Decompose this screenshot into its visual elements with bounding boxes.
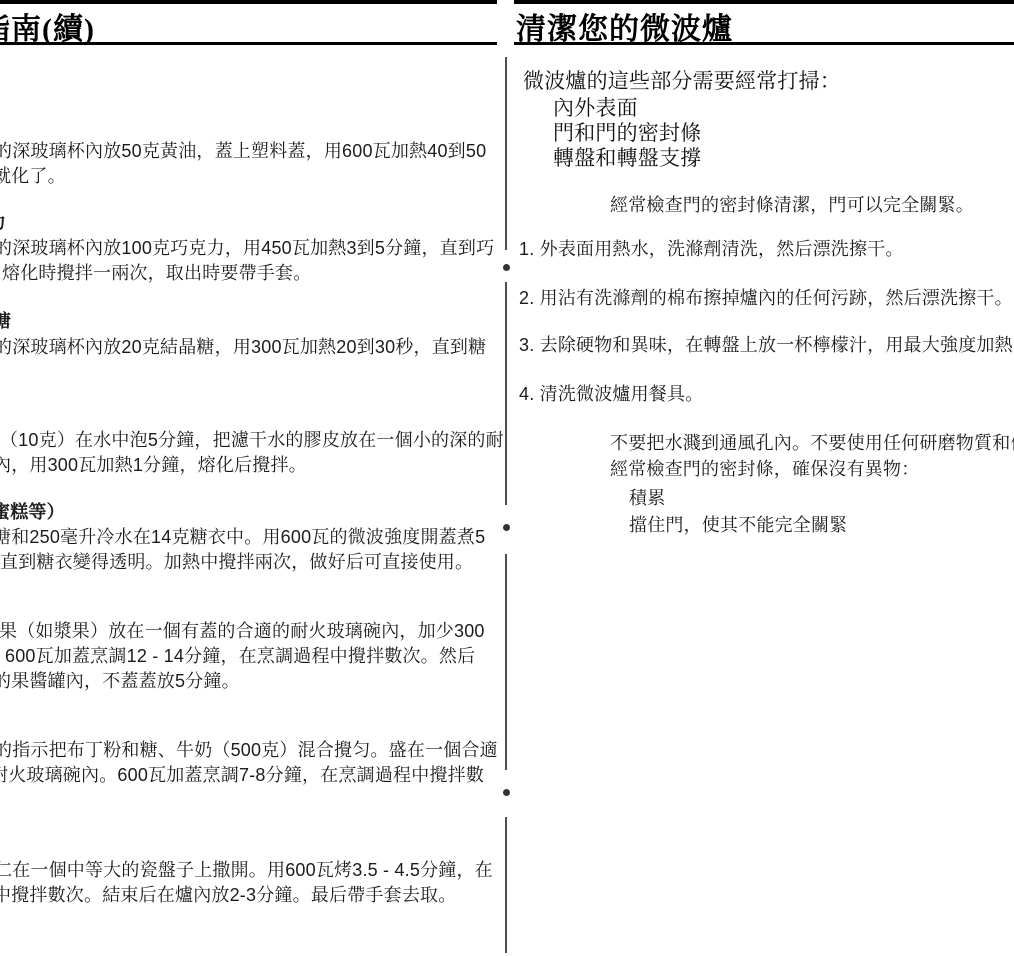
cleaning-intro-item: 門和門的密封條 [553, 122, 701, 145]
divider-bullet-icon [503, 524, 510, 531]
left-body-line: 直到糖衣變得透明。加熱中攪拌兩次，做好后可直接使用。 [0, 551, 473, 574]
left-body-line: 的果醬罐內，不蓋蓋放5分鐘。 [0, 670, 240, 693]
left-body-line: 的指示把布丁粉和糖、牛奶（500克）混合攪匀。盛在一個合適 [0, 739, 498, 762]
left-subheading-fragment: 蜜糕等） [0, 501, 65, 524]
left-subheading-fragment: 力 [0, 211, 6, 234]
column-divider [505, 282, 507, 505]
cleaning-intro-item: 轉盤和轉盤支撐 [553, 147, 701, 170]
left-body-line: 的深玻璃杯內放20克結晶糖，用300瓦加熱20到30秒，直到糖 [0, 336, 486, 359]
left-body-line: 果（如漿果）放在一個有蓋的合適的耐火玻璃碗內，加少300 [0, 620, 485, 643]
left-body-line: 耐火玻璃碗內。600瓦加蓋烹調7-8分鐘，在烹調過程中攪拌數 [0, 764, 484, 787]
left-body-line: 內，用300瓦加熱1分鐘，熔化后攪拌。 [0, 454, 307, 477]
cleaning-step: 3. 去除硬物和異味，在轉盤上放一杯檸檬汁，用最大強度加熱 [519, 334, 1013, 357]
cleaning-step: 1. 外表面用熱水，洗滌劑清洗，然后漂洗擦干。 [519, 238, 904, 261]
left-body-line: 仁在一個中等大的瓷盤子上撒開。用600瓦烤3.5 - 4.5分鐘，在 [0, 859, 493, 882]
column-divider [505, 57, 507, 250]
left-body-line: 的深玻璃杯內放100克巧克力，用450瓦加熱3到5分鐘，直到巧 [0, 237, 494, 260]
caution-note-line: 不要把水濺到通風孔內。不要使用任何研磨物質和任 [610, 432, 1014, 455]
cleaning-step: 2. 用沾有洗滌劑的棉布擦掉爐內的任何污跡，然后漂洗擦干。 [519, 287, 1013, 310]
caution-subitem: 積累 [629, 487, 665, 510]
divider-bullet-icon [503, 789, 510, 796]
caution-note-line: 經常檢查門的密封條，確保沒有異物： [610, 458, 919, 481]
right-header-bottom-rule [514, 42, 1014, 45]
column-divider [505, 817, 507, 953]
left-body-line: 的深玻璃杯內放50克黃油，蓋上塑料蓋，用600瓦加熱40到50 [0, 140, 486, 163]
left-body-line: 熔化時攪拌一兩次，取出時要帶手套。 [2, 262, 311, 285]
left-body-line: 中攪拌數次。結束后在爐內放2-3分鐘。最后帶手套去取。 [0, 884, 456, 907]
door-seal-note: 經常檢查門的密封條清潔，門可以完全關緊。 [610, 194, 974, 217]
column-divider [505, 554, 507, 770]
cleaning-step: 4. 清洗微波爐用餐具。 [519, 383, 703, 406]
caution-subitem: 擋住門，使其不能完全關緊 [629, 514, 847, 537]
cleaning-intro-title: 微波爐的這些部分需要經常打掃： [523, 70, 841, 93]
left-body-line: 就化了。 [0, 165, 66, 188]
left-header-bottom-rule [0, 42, 497, 45]
left-subheading-fragment: 糖 [0, 310, 11, 333]
divider-bullet-icon [503, 264, 510, 271]
left-body-line: 糖和250毫升冷水在14克糖衣中。用600瓦的微波強度開蓋煮5 [0, 526, 485, 549]
left-body-line: 600瓦加蓋烹調12 - 14分鐘，在烹調過程中攪拌數次。然后 [5, 645, 475, 668]
left-body-line: （10克）在水中泡5分鐘，把濾干水的膠皮放在一個小的深的耐 [0, 429, 504, 452]
cleaning-intro-item: 內外表面 [553, 97, 638, 120]
manual-page: 指南(續) 清潔您的微波爐 的深玻璃杯內放50克黃油，蓋上塑料蓋，用600瓦加熱… [0, 0, 1014, 956]
